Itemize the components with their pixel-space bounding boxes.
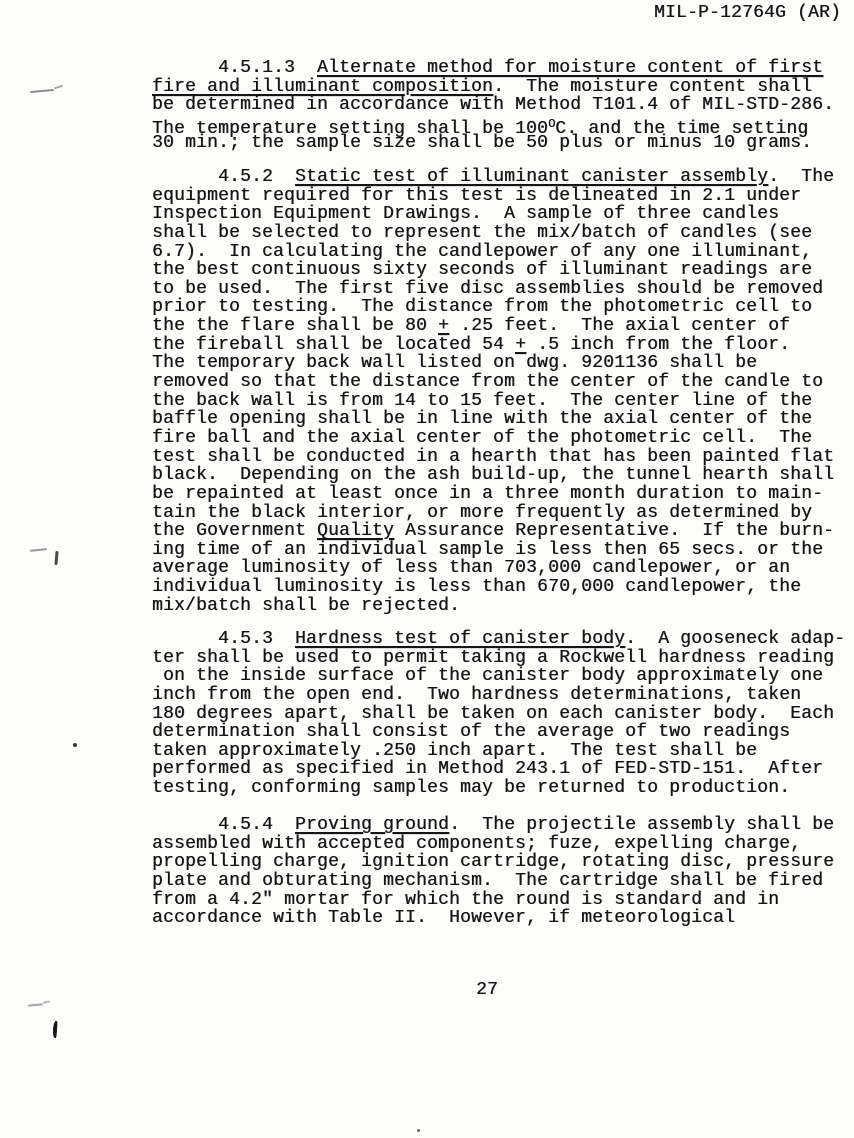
text-line: Inspection Equipment Drawings. A sample …	[152, 205, 834, 224]
ink-mark-squiggle-top-tail	[54, 85, 63, 90]
text-segment: the fireball shall be located 54	[152, 335, 515, 355]
text-segment: 4.5.1.3	[152, 58, 317, 78]
text-line: inch from the open end. Two hardness det…	[152, 686, 845, 705]
text-segment: 4.5.4	[152, 815, 295, 835]
text-segment: average luminosity of less than 703,000 …	[152, 558, 790, 578]
text-segment: from a 4.2" mortar for which the round i…	[152, 890, 779, 910]
ink-mark-dash-middle	[30, 548, 47, 552]
text-segment: ter shall be used to permit taking a Roc…	[152, 648, 834, 668]
ink-mark-tick-middle	[54, 551, 58, 565]
underlined-text: +	[438, 316, 449, 336]
underlined-text: Proving ground	[295, 815, 449, 835]
text-line: 4.5.3 Hardness test of canister body. A …	[152, 630, 845, 649]
text-line: be determined in accordance with Method …	[152, 96, 834, 115]
text-line: the fireball shall be located 54 + .5 in…	[152, 336, 834, 355]
text-segment: the Government	[152, 521, 317, 541]
text-line: 180 degrees apart, shall be taken on eac…	[152, 705, 845, 724]
text-segment: black. Depending on the ash build-up, th…	[152, 465, 834, 485]
ink-mark-dot-middle	[73, 743, 77, 747]
ink-mark-squiggle-bottom	[28, 1003, 43, 1006]
text-segment: The temporary back wall listed on dwg. 9…	[152, 353, 757, 373]
underlined-text: Quality	[317, 521, 394, 541]
text-line: mix/batch shall be rejected.	[152, 597, 834, 616]
text-segment: shall be selected to represent the mix/b…	[152, 223, 812, 243]
text-line: 6.7). In calculating the candlepower of …	[152, 243, 834, 262]
text-line: be repainted at least once in a three mo…	[152, 485, 834, 504]
text-segment: 4.5.2	[152, 167, 295, 187]
text-segment: determination shall consist of the avera…	[152, 722, 790, 742]
text-line: the back wall is from 14 to 15 feet. The…	[152, 392, 834, 411]
text-line: taken approximately .250 inch apart. The…	[152, 742, 845, 761]
text-line: from a 4.2" mortar for which the round i…	[152, 891, 834, 910]
text-segment: on the inside surface of the canister bo…	[152, 666, 823, 686]
text-line: 30 min.; the sample size shall be 50 plu…	[152, 134, 834, 153]
ink-mark-squiggle-top	[30, 89, 54, 93]
text-line: the best continuous sixty seconds of ill…	[152, 261, 834, 280]
text-segment: the the flare shall be 80	[152, 316, 438, 336]
text-segment: test shall be conducted in a hearth that…	[152, 447, 834, 467]
paragraph-4-5-1-3: 4.5.1.3 Alternate method for moisture co…	[152, 59, 834, 152]
document-id-header: MIL-P-12764G (AR)	[654, 3, 841, 23]
text-line: ter shall be used to permit taking a Roc…	[152, 649, 845, 668]
text-segment: Assurance Representative. If the burn-	[394, 521, 834, 541]
text-segment: ing time of an individual sample is less…	[152, 540, 823, 560]
text-segment: tain the black interior, or more frequen…	[152, 503, 812, 523]
text-segment: .5 inch from the floor.	[526, 335, 790, 355]
text-line: 4.5.1.3 Alternate method for moisture co…	[152, 59, 834, 78]
text-line: The temperature setting shall be 100OC. …	[152, 115, 834, 134]
text-segment: fire ball and the axial center of the ph…	[152, 428, 812, 448]
text-segment: accordance with Table II. However, if me…	[152, 908, 735, 928]
text-line: shall be selected to represent the mix/b…	[152, 224, 834, 243]
text-segment: 6.7). In calculating the candlepower of …	[152, 242, 812, 262]
text-line: average luminosity of less than 703,000 …	[152, 559, 834, 578]
text-line: on the inside surface of the canister bo…	[152, 667, 845, 686]
text-segment: testing, conforming samples may be retur…	[152, 778, 790, 798]
text-line: the the flare shall be 80 + .25 feet. Th…	[152, 317, 834, 336]
text-line: fire ball and the axial center of the ph…	[152, 429, 834, 448]
text-segment: taken approximately .250 inch apart. The…	[152, 741, 757, 761]
underlined-text: +	[515, 335, 526, 355]
text-line: individual luminosity is less than 670,0…	[152, 578, 834, 597]
text-line: tain the black interior, or more frequen…	[152, 504, 834, 523]
text-segment: be repainted at least once in a three mo…	[152, 484, 823, 504]
text-line: prior to testing. The distance from the …	[152, 298, 834, 317]
text-segment: prior to testing. The distance from the …	[152, 297, 812, 317]
text-segment: plate and obturating mechanism. The cart…	[152, 871, 823, 891]
text-line: ing time of an individual sample is less…	[152, 541, 834, 560]
text-line: 4.5.4 Proving ground. The projectile ass…	[152, 816, 834, 835]
text-segment: 180 degrees apart, shall be taken on eac…	[152, 704, 834, 724]
ink-mark-dot-footer	[417, 1129, 420, 1132]
underlined-text: Hardness test of canister body	[295, 629, 625, 649]
text-segment: the best continuous sixty seconds of ill…	[152, 260, 812, 280]
text-segment: 30 min.; the sample size shall be 50 plu…	[152, 133, 812, 153]
text-line: plate and obturating mechanism. The cart…	[152, 872, 834, 891]
text-line: testing, conforming samples may be retur…	[152, 779, 845, 798]
text-line: determination shall consist of the avera…	[152, 723, 845, 742]
paragraph-4-5-3: 4.5.3 Hardness test of canister body. A …	[152, 630, 845, 798]
underlined-text: Alternate method for moisture content of…	[317, 58, 823, 78]
text-line: to be used. The first five disc assembli…	[152, 280, 834, 299]
paragraph-4-5-4: 4.5.4 Proving ground. The projectile ass…	[152, 816, 834, 928]
text-line: black. Depending on the ash build-up, th…	[152, 466, 834, 485]
text-segment: . A gooseneck adap-	[625, 629, 845, 649]
text-segment: the back wall is from 14 to 15 feet. The…	[152, 391, 812, 411]
text-segment: Inspection Equipment Drawings. A sample …	[152, 204, 779, 224]
text-segment: baffle opening shall be in line with the…	[152, 409, 812, 429]
text-segment: . The projectile assembly shall be	[449, 815, 834, 835]
text-line: The temporary back wall listed on dwg. 9…	[152, 354, 834, 373]
text-line: removed so that the distance from the ce…	[152, 373, 834, 392]
text-segment: equipment required for this test is deli…	[152, 186, 801, 206]
ink-mark-squiggle-bottom-tail	[43, 1000, 50, 1003]
text-segment: removed so that the distance from the ce…	[152, 372, 823, 392]
text-segment: to be used. The first five disc assembli…	[152, 279, 823, 299]
text-segment: propelling charge, ignition cartridge, r…	[152, 852, 834, 872]
text-segment: be determined in accordance with Method …	[152, 95, 834, 115]
text-line: propelling charge, ignition cartridge, r…	[152, 853, 834, 872]
underlined-text: fire and illuminant composition	[152, 77, 493, 97]
text-line: 4.5.2 Static test of illuminant canister…	[152, 168, 834, 187]
text-segment: individual luminosity is less than 670,0…	[152, 577, 801, 597]
text-segment: assembled with accepted components; fuze…	[152, 834, 801, 854]
text-segment: mix/batch shall be rejected.	[152, 596, 460, 616]
text-line: assembled with accepted components; fuze…	[152, 835, 834, 854]
text-segment: 4.5.3	[152, 629, 295, 649]
text-segment: performed as specified in Method 243.1 o…	[152, 759, 823, 779]
text-line: equipment required for this test is deli…	[152, 187, 834, 206]
text-segment: inch from the open end. Two hardness det…	[152, 685, 801, 705]
text-line: test shall be conducted in a hearth that…	[152, 448, 834, 467]
text-line: the Government Quality Assurance Represe…	[152, 522, 834, 541]
text-segment: .25 feet. The axial center of	[449, 316, 790, 336]
underlined-text: Static test of illuminant canister assem…	[295, 167, 768, 187]
text-line: accordance with Table II. However, if me…	[152, 909, 834, 928]
text-segment: . The	[768, 167, 834, 187]
text-line: fire and illuminant composition. The moi…	[152, 78, 834, 97]
paragraph-4-5-2: 4.5.2 Static test of illuminant canister…	[152, 168, 834, 615]
text-segment: . The moisture content shall	[493, 77, 812, 97]
text-line: performed as specified in Method 243.1 o…	[152, 760, 845, 779]
text-line: baffle opening shall be in line with the…	[152, 410, 834, 429]
page-number: 27	[476, 980, 498, 1000]
ink-mark-stroke-bottom	[52, 1021, 57, 1038]
